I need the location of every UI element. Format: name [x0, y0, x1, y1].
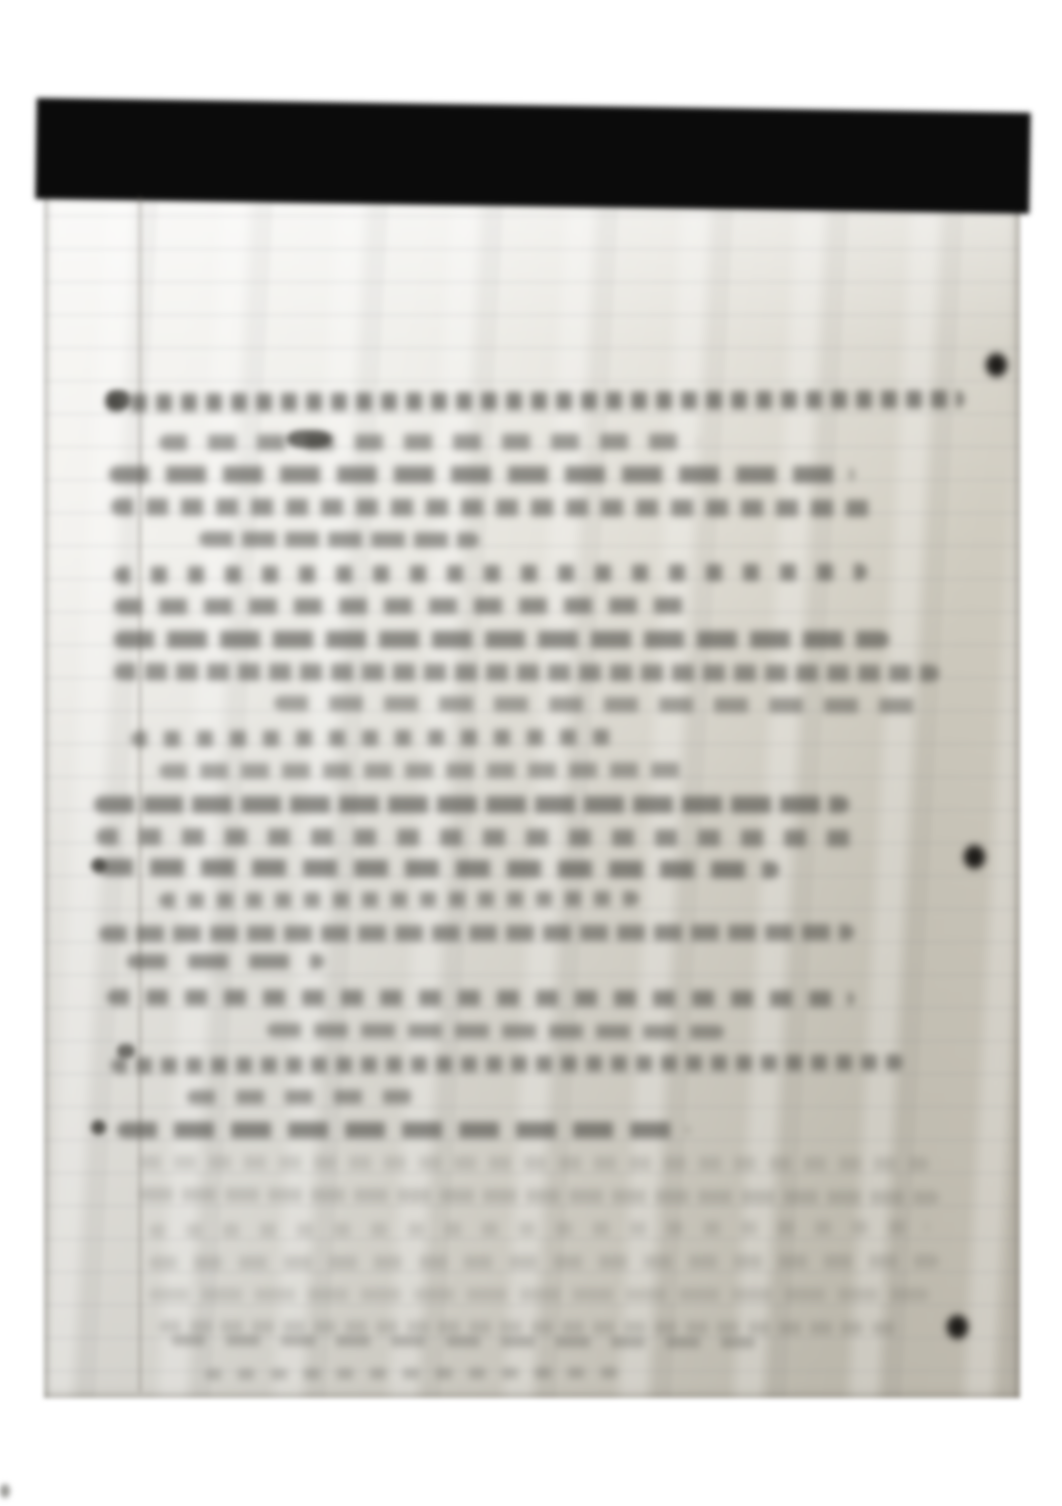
handwriting-line	[205, 1367, 619, 1380]
photographed-notebook-page	[44, 96, 1020, 1398]
handwriting-line	[111, 1054, 904, 1073]
handwriting-line	[109, 466, 854, 483]
bold-ink-blob	[117, 1044, 135, 1058]
handwriting-line	[107, 989, 854, 1007]
handwriting-line	[159, 762, 689, 778]
bold-ink-dot	[91, 1120, 106, 1135]
bold-ink-blob	[106, 390, 130, 410]
handwriting-line	[96, 828, 869, 847]
photo-corner-speck	[0, 1484, 10, 1498]
handwriting-line	[99, 924, 854, 942]
handwriting-line	[114, 563, 867, 583]
handwriting-line	[94, 796, 849, 813]
handwriting-line	[114, 597, 689, 614]
lined-paper	[44, 184, 1020, 1398]
handwriting-line	[111, 498, 874, 517]
bold-ink-dot	[91, 858, 106, 873]
handwriting-line	[149, 1254, 939, 1270]
handwriting-line	[267, 1023, 724, 1039]
handwriting-line	[131, 729, 614, 747]
handwriting-line	[117, 1122, 689, 1138]
paper-margin-line	[139, 196, 141, 1392]
hole-punch	[961, 842, 988, 872]
handwriting-line	[159, 1320, 904, 1335]
handwriting-line	[139, 1155, 929, 1171]
handwriting-line	[127, 954, 324, 969]
handwriting-line	[199, 531, 479, 547]
hole-punch	[944, 1312, 971, 1342]
handwriting-line	[187, 1090, 414, 1104]
handwriting-line	[274, 696, 929, 714]
handwriting-line	[99, 859, 779, 879]
binder-black-band	[35, 98, 1030, 214]
handwriting-line	[114, 663, 939, 682]
handwriting-line	[114, 631, 889, 648]
handwriting-line	[149, 1288, 929, 1301]
bold-ink-blob	[287, 430, 331, 448]
handwriting-line	[106, 390, 964, 412]
hole-punch	[983, 350, 1010, 380]
handwriting-line	[159, 891, 639, 908]
handwriting-line	[159, 433, 699, 450]
